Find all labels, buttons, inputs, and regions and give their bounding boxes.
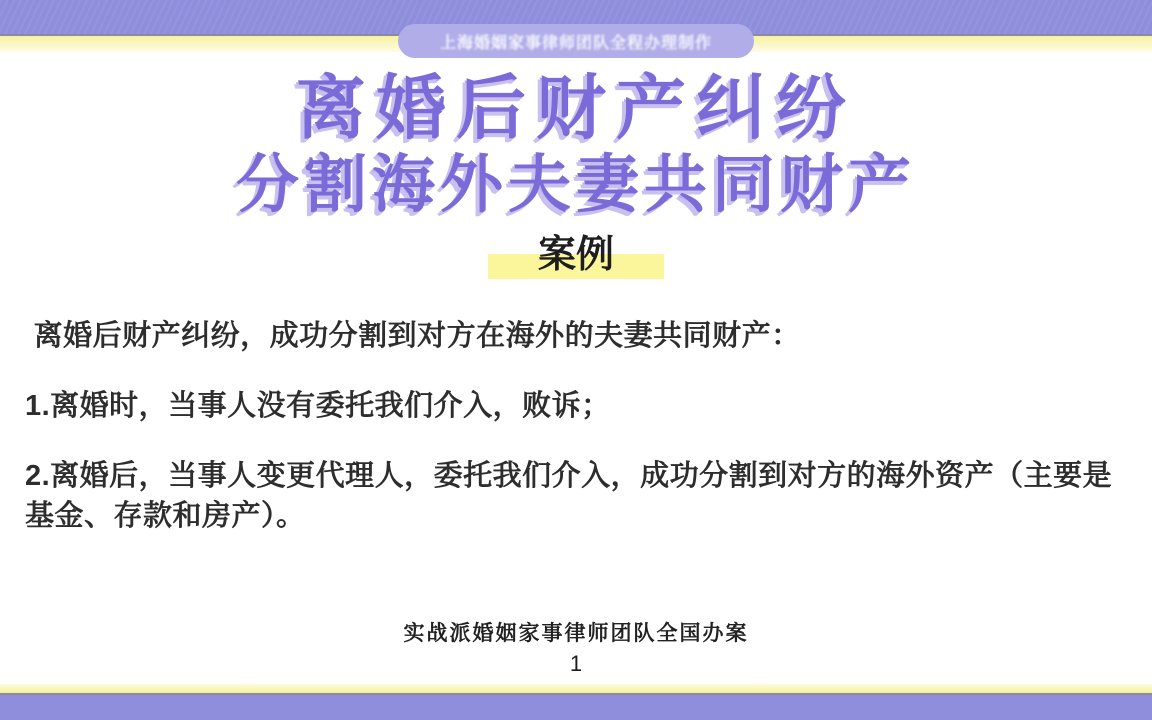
section-row: 案例 bbox=[0, 228, 1152, 282]
case-point-1: 1.离婚时，当事人没有委托我们介入，败诉； bbox=[25, 386, 1130, 426]
slide-page: 上海婚姻家事律师团队全程办理制作 离婚后财产纠纷 分割海外夫妻共同财产 案例 离… bbox=[0, 0, 1152, 720]
title-line-2: 分割海外夫妻共同财产 bbox=[0, 152, 1152, 218]
banner-text: 上海婚姻家事律师团队全程办理制作 bbox=[440, 30, 712, 53]
footer-caption: 实战派婚姻家事律师团队全国办案 bbox=[0, 617, 1152, 647]
bottom-purple-band bbox=[0, 695, 1152, 720]
case-point-2: 2.离婚后，当事人变更代理人，委托我们介入，成功分割到对方的海外资产（主要是基金… bbox=[25, 456, 1130, 536]
case-intro-paragraph: 离婚后财产纠纷，成功分割到对方在海外的夫妻共同财产： bbox=[25, 316, 1130, 356]
bottom-yellow-band bbox=[0, 684, 1152, 693]
section-label: 案例 bbox=[538, 228, 614, 282]
title-line-1: 离婚后财产纠纷 bbox=[0, 64, 1152, 152]
top-banner-pill: 上海婚姻家事律师团队全程办理制作 bbox=[398, 24, 754, 58]
page-title: 离婚后财产纠纷 分割海外夫妻共同财产 bbox=[0, 64, 1152, 218]
page-number: 1 bbox=[0, 651, 1152, 677]
section-label-text: 案例 bbox=[538, 234, 614, 276]
